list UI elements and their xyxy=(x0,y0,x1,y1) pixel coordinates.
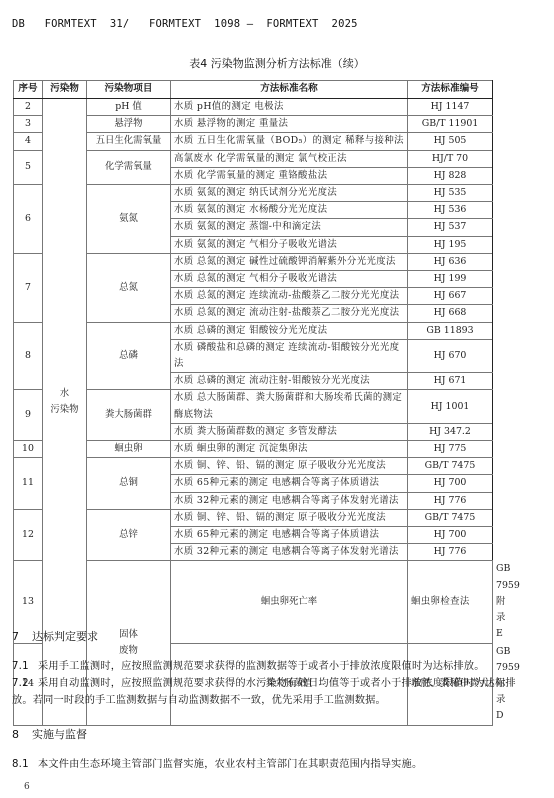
row-no: 10 xyxy=(14,441,43,458)
method-code: HJ 636 xyxy=(408,253,493,270)
method-name: 水质 总氮的测定 碱性过硫酸钾消解紫外分光光度法 xyxy=(171,253,408,270)
method-code: HJ 347.2 xyxy=(408,423,493,440)
row-no: 4 xyxy=(14,133,43,150)
method-code: HJ 775 xyxy=(408,441,493,458)
clause-text: 采用手工监测时，应按照监测规范要求获得的监测数据等于或者小于排放浓度限值时为达标… xyxy=(38,661,485,672)
pollutant-item: 蛔虫卵死亡率 xyxy=(171,561,408,643)
row-no: 2 xyxy=(14,99,43,116)
method-name: 水质 悬浮物的测定 重量法 xyxy=(171,116,408,133)
row-no: 9 xyxy=(14,390,43,441)
method-code: HJ 828 xyxy=(408,167,493,184)
pollutant-item: 总磷 xyxy=(87,322,171,390)
method-code: HJ 537 xyxy=(408,219,493,236)
method-code: HJ 1001 xyxy=(408,390,493,423)
method-code: HJ 671 xyxy=(408,373,493,390)
method-name: 水质 32种元素的测定 电感耦合等离子体发射光谱法 xyxy=(171,492,408,509)
method-name: 水质 五日生化需氧量（BOD₅）的测定 稀释与接种法 xyxy=(171,133,408,150)
page-number: 6 xyxy=(24,782,30,792)
method-name: 蛔虫卵检查法 xyxy=(408,561,493,643)
pollutant-item: 总锌 xyxy=(87,509,171,561)
document-code-header: DB FORMTEXT 31/ FORMTEXT 1098 — FORMTEXT… xyxy=(12,18,358,30)
table-header-row: 序号 污染物 污染物项目 方法标准名称 方法标准编号 xyxy=(14,81,493,99)
method-code: HJ 536 xyxy=(408,202,493,219)
row-no: 5 xyxy=(14,150,43,184)
pollutant-item: 五日生化需氧量 xyxy=(87,133,171,150)
method-code: HJ 535 xyxy=(408,185,493,202)
method-name: 水质 铜、锌、铅、镉的测定 原子吸收分光光度法 xyxy=(171,509,408,526)
paragraph-7-2: 7.2采用自动监测时，应按照监测规范要求获得的水污染物有效日均值等于或者小于排放… xyxy=(12,675,524,709)
category-label-line1: 固体 xyxy=(90,627,167,643)
method-name: 水质 总大肠菌群、粪大肠菌群和大肠埃希氏菌的测定 酶底物法 xyxy=(171,390,408,423)
method-code: HJ 776 xyxy=(408,544,493,561)
pollutant-item: 悬浮物 xyxy=(87,116,171,133)
method-code: HJ 505 xyxy=(408,133,493,150)
method-name: 水质 总氮的测定 连续流动-盐酸萘乙二胺分光光度法 xyxy=(171,288,408,305)
method-code: HJ/T 70 xyxy=(408,150,493,167)
col-header-method-code: 方法标准编号 xyxy=(408,81,493,99)
section-title: 实施与监督 xyxy=(32,728,87,741)
method-name: 水质 氨氮的测定 纳氏试剂分光光度法 xyxy=(171,185,408,202)
row-no: 11 xyxy=(14,458,43,510)
table-title: 表4 污染物监测分析方法标准（续） xyxy=(0,55,554,71)
category-label-line2: 废物 xyxy=(90,643,167,659)
clause-text: 采用自动监测时，应按照监测规范要求获得的水污染物有效日均值等于或者小于排放浓度限… xyxy=(12,678,516,706)
method-code: HJ 700 xyxy=(408,527,493,544)
method-name: 水质 pH值的测定 电极法 xyxy=(171,99,408,116)
pollutant-item: 总铜 xyxy=(87,458,171,510)
method-code: GB/T 7475 xyxy=(408,458,493,475)
row-no: 3 xyxy=(14,116,43,133)
col-header-method-name: 方法标准名称 xyxy=(171,81,408,99)
clause-number: 7.1 xyxy=(12,658,38,675)
method-name: 水质 总氮的测定 气相分子吸收光谱法 xyxy=(171,271,408,288)
method-name: 水质 65种元素的测定 电感耦合等离子体质谱法 xyxy=(171,527,408,544)
col-header-pollutant: 污染物 xyxy=(43,81,87,99)
clause-number: 7.2 xyxy=(12,675,38,692)
section-title: 达标判定要求 xyxy=(32,630,98,643)
method-code: HJ 199 xyxy=(408,271,493,288)
clause-text: 本文件由生态环境主管部门监督实施，农业农村主管部门在其职责范围内指导实施。 xyxy=(38,759,422,770)
pollutant-item: 粪大肠菌群 xyxy=(87,390,171,441)
method-name: 水质 总磷的测定 钼酸铵分光光度法 xyxy=(171,322,408,339)
method-name: 水质 总磷的测定 流动注射-钼酸铵分光光度法 xyxy=(171,373,408,390)
method-name: 水质 粪大肠菌群数的测定 多管发酵法 xyxy=(171,423,408,440)
method-code: HJ 670 xyxy=(408,339,493,372)
pollutant-item: 总氮 xyxy=(87,253,171,322)
row-no: 7 xyxy=(14,253,43,322)
method-code: HJ 776 xyxy=(408,492,493,509)
method-name: 水质 氨氮的测定 蒸馏-中和滴定法 xyxy=(171,219,408,236)
col-header-item: 污染物项目 xyxy=(87,81,171,99)
method-name: 水质 65种元素的测定 电感耦合等离子体质谱法 xyxy=(171,475,408,492)
section-heading-7: 7达标判定要求 xyxy=(12,628,98,644)
section-number: 8 xyxy=(12,728,32,741)
method-name: 水质 磷酸盐和总磷的测定 连续流动-钼酸铵分光光度法 xyxy=(171,339,408,372)
row-no: 6 xyxy=(14,185,43,254)
method-code: GB/T 7475 xyxy=(408,509,493,526)
method-code: HJ 700 xyxy=(408,475,493,492)
clause-number: 8.1 xyxy=(12,756,38,773)
section-heading-8: 8实施与监督 xyxy=(12,726,87,742)
method-code: HJ 667 xyxy=(408,288,493,305)
category-label-line1: 水 xyxy=(46,386,83,402)
method-code: HJ 668 xyxy=(408,305,493,322)
method-name: 水质 铜、锌、铅、镉的测定 原子吸收分光光度法 xyxy=(171,458,408,475)
method-name: 高氯废水 化学需氧量的测定 氯气校正法 xyxy=(171,150,408,167)
paragraph-8-1: 8.1本文件由生态环境主管部门监督实施，农业农村主管部门在其职责范围内指导实施。 xyxy=(12,756,524,773)
method-code: HJ 195 xyxy=(408,236,493,253)
paragraph-7-1: 7.1采用手工监测时，应按照监测规范要求获得的监测数据等于或者小于排放浓度限值时… xyxy=(12,658,524,675)
method-code: GB/T 11901 xyxy=(408,116,493,133)
method-name: 水质 总氮的测定 流动注射-盐酸萘乙二胺分光光度法 xyxy=(171,305,408,322)
pollutant-item: 蛔虫卵 xyxy=(87,441,171,458)
pollutant-item: pH 值 xyxy=(87,99,171,116)
table-row: 2 水 污染物 pH 值 水质 pH值的测定 电极法 HJ 1147 xyxy=(14,99,493,116)
method-name: 水质 氨氮的测定 气相分子吸收光谱法 xyxy=(171,236,408,253)
pollutant-item: 化学需氧量 xyxy=(87,150,171,184)
category-label-line2: 污染物 xyxy=(46,402,83,418)
method-name: 水质 32种元素的测定 电感耦合等离子体发射光谱法 xyxy=(171,544,408,561)
pollutant-item: 氨氮 xyxy=(87,185,171,254)
section-number: 7 xyxy=(12,630,32,643)
method-code: HJ 1147 xyxy=(408,99,493,116)
row-no: 12 xyxy=(14,509,43,561)
col-header-no: 序号 xyxy=(14,81,43,99)
row-no: 8 xyxy=(14,322,43,390)
method-name: 水质 蛔虫卵的测定 沉淀集卵法 xyxy=(171,441,408,458)
method-name: 水质 氨氮的测定 水杨酸分光光度法 xyxy=(171,202,408,219)
method-name: 水质 化学需氧量的测定 重铬酸盐法 xyxy=(171,167,408,184)
method-code: GB 11893 xyxy=(408,322,493,339)
